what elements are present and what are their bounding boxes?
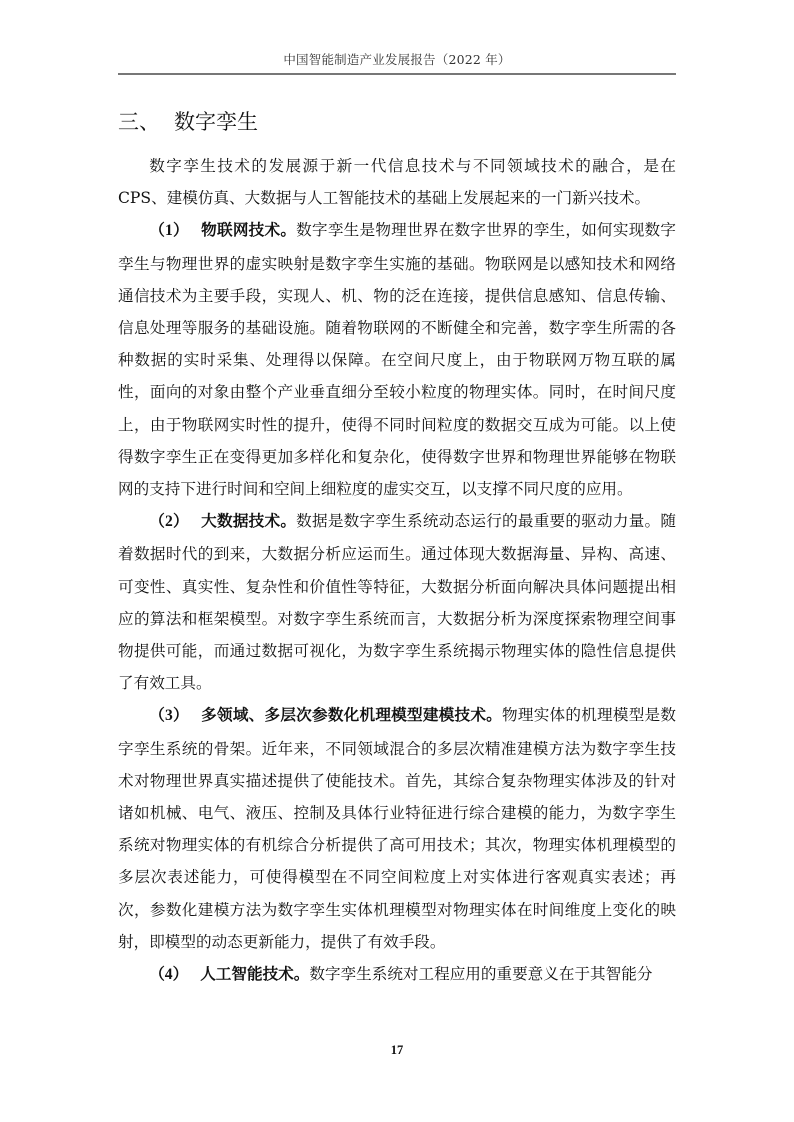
item-number: （1） xyxy=(149,222,189,239)
paragraph-item-2: （2）大数据技术。数据是数字孪生系统动态运行的最重要的驱动力量。随着数据时代的到… xyxy=(118,505,676,699)
section-heading: 三、数字孪生 xyxy=(118,106,258,136)
body-text: 数字孪生技术的发展源于新一代信息技术与不同领域技术的融合，是在CPS、建模仿真、… xyxy=(118,150,676,991)
item-title: 人工智能技术。 xyxy=(200,964,309,983)
running-header: 中国智能制造产业发展报告（2022 年） xyxy=(118,50,676,68)
paragraph-text: 数字孪生技术的发展源于新一代信息技术与不同领域技术的融合，是在CPS、建模仿真、… xyxy=(118,157,676,207)
item-number: （4） xyxy=(149,966,188,983)
item-number: （2） xyxy=(149,513,189,530)
paragraph-text: 数字孪生是物理世界在数字世界的孪生，如何实现数字孪生与物理世界的虚实映射是数字孪… xyxy=(118,221,676,498)
item-number: （3） xyxy=(149,707,189,724)
document-page: 中国智能制造产业发展报告（2022 年） 三、数字孪生 数字孪生技术的发展源于新… xyxy=(0,0,794,1122)
paragraph-intro: 数字孪生技术的发展源于新一代信息技术与不同领域技术的融合，是在CPS、建模仿真、… xyxy=(118,150,676,214)
item-title: 多领域、多层次参数化机理模型建模技术。 xyxy=(201,705,502,724)
paragraph-text: 物理实体的机理模型是数字孪生系统的骨架。近年来，不同领域混合的多层次精准建模方法… xyxy=(118,706,676,950)
paragraph-item-4: （4）人工智能技术。数字孪生系统对工程应用的重要意义在于其智能分 xyxy=(118,958,676,991)
item-title: 物联网技术。 xyxy=(201,220,296,239)
paragraph-text: 数据是数字孪生系统动态运行的最重要的驱动力量。随着数据时代的到来，大数据分析应运… xyxy=(118,512,676,692)
header-rule xyxy=(118,73,676,75)
item-title: 大数据技术。 xyxy=(201,511,296,530)
section-title: 数字孪生 xyxy=(174,110,258,134)
paragraph-item-1: （1）物联网技术。数字孪生是物理世界在数字世界的孪生，如何实现数字孪生与物理世界… xyxy=(118,214,676,505)
page-number: 17 xyxy=(0,1043,794,1058)
paragraph-text: 数字孪生系统对工程应用的重要意义在于其智能分 xyxy=(309,965,652,983)
section-number: 三、 xyxy=(118,110,160,134)
paragraph-item-3: （3）多领域、多层次参数化机理模型建模技术。物理实体的机理模型是数字孪生系统的骨… xyxy=(118,699,676,958)
